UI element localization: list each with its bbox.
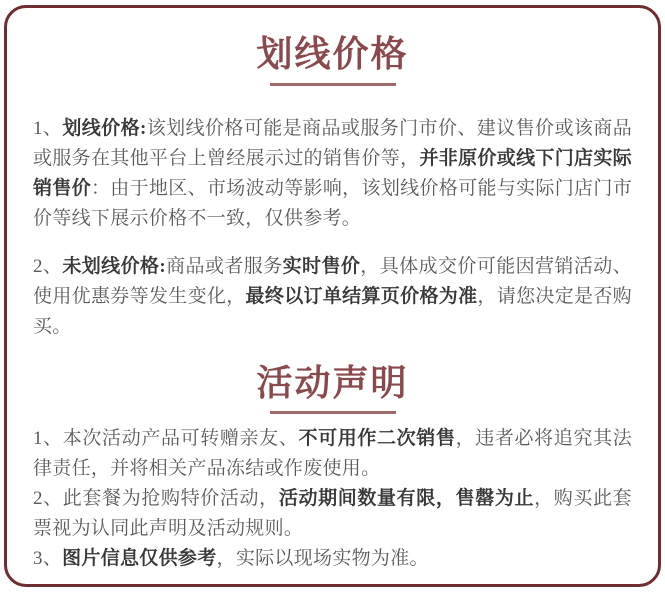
section-pricing: 划线价格 1、划线价格:该划线价格可能是商品或服务门市价、建议售价或该商品或服务… bbox=[33, 35, 632, 342]
text-run: 活动期间数量有限，售罄为止 bbox=[279, 488, 534, 509]
notice-card: 划线价格 1、划线价格:该划线价格可能是商品或服务门市价、建议售价或该商品或服务… bbox=[4, 5, 661, 587]
section-statement: 活动声明 1、本次活动产品可转赠亲友、不可用作二次销售，违者必将追究其法律责任，… bbox=[33, 364, 632, 575]
text-run: 图片信息仅供参考 bbox=[62, 548, 216, 569]
title-underline bbox=[270, 411, 396, 414]
statement-clause-1: 1、本次活动产品可转赠亲友、不可用作二次销售，违者必将追究其法律责任，并将相关产… bbox=[33, 424, 632, 484]
text-run: 2、 bbox=[33, 256, 62, 277]
text-run: 未划线价格: bbox=[62, 256, 166, 277]
pricing-clause-1: 1、划线价格:该划线价格可能是商品或服务门市价、建议售价或该商品或服务在其他平台… bbox=[33, 114, 632, 234]
text-run: 划线价格: bbox=[62, 118, 146, 139]
section-title-statement: 活动声明 bbox=[33, 364, 632, 404]
text-run: 2、此套餐为抢购特价活动， bbox=[33, 488, 279, 509]
pricing-clause-2: 2、未划线价格:商品或者服务实时售价，具体成交价可能因营销活动、使用优惠券等发生… bbox=[33, 252, 632, 342]
text-run: 1、 bbox=[33, 118, 62, 139]
title-underline bbox=[270, 83, 396, 86]
text-run: 3、 bbox=[33, 548, 62, 569]
text-run: 1、本次活动产品可转赠亲友、 bbox=[33, 428, 298, 449]
text-run: 不可用作二次销售 bbox=[298, 428, 455, 449]
text-run: 最终以订单结算页价格为准 bbox=[246, 286, 478, 307]
text-run: ，实际以现场实物为准。 bbox=[217, 548, 429, 569]
text-run: 商品或者服务 bbox=[166, 256, 283, 277]
text-run: ：由于地区、市场波动等影响，该划线价格可能与实际门店门市价等线下展示价格不一致，… bbox=[33, 178, 632, 229]
text-run: 实时售价 bbox=[283, 256, 361, 277]
section-title-pricing: 划线价格 bbox=[33, 35, 632, 75]
statement-clause-2: 2、此套餐为抢购特价活动，活动期间数量有限，售罄为止，购买此套票视为认同此声明及… bbox=[33, 484, 632, 544]
statement-clause-3: 3、图片信息仅供参考，实际以现场实物为准。 bbox=[33, 544, 632, 574]
